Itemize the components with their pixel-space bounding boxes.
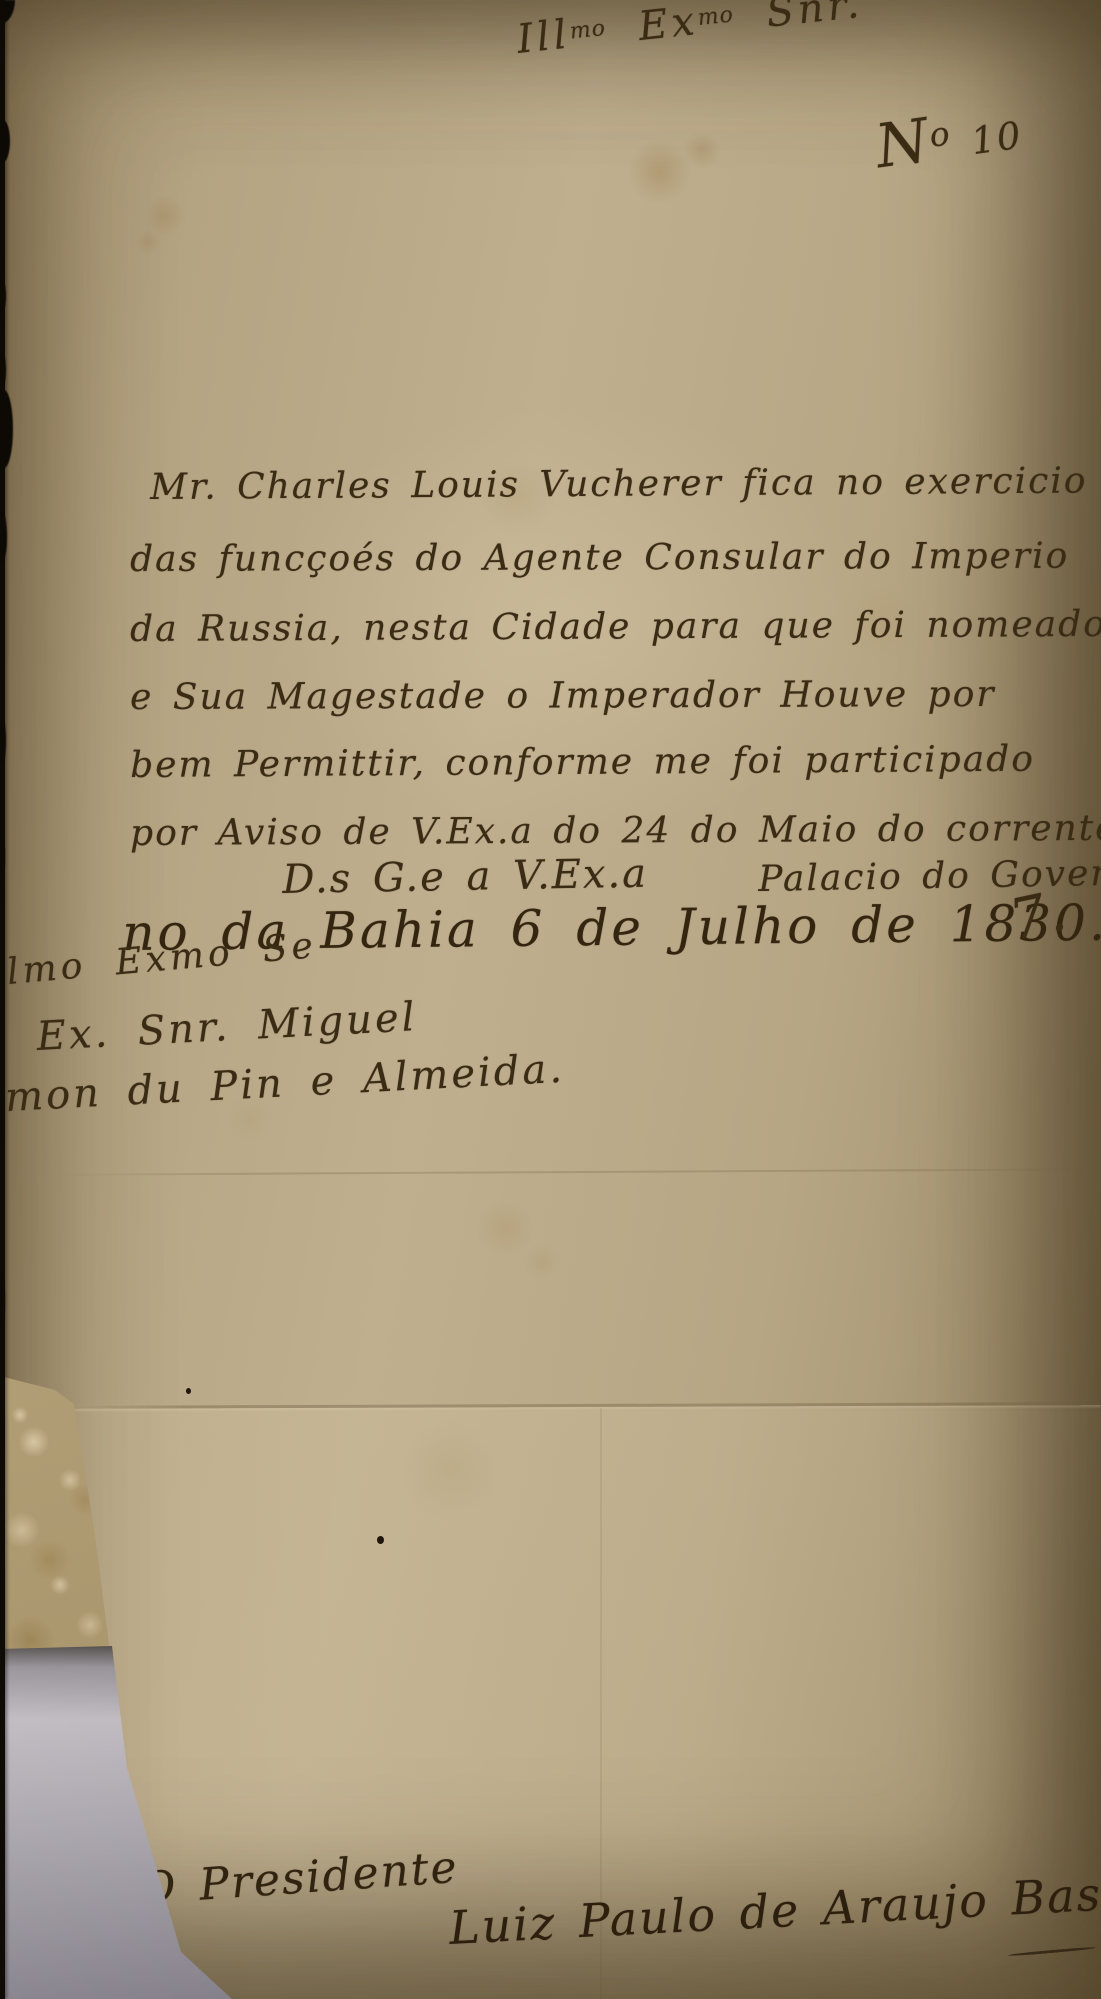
manuscript-page xyxy=(0,0,1101,1999)
body-line-3: da Russia, nesta Cidade para que foi nom… xyxy=(130,607,1101,648)
salutation-part: Ill xyxy=(515,11,573,62)
manuscript-photo: Illmo Exmo Snr. No 10 Mr. Charles Louis … xyxy=(0,0,1101,1999)
salutation-superscript: mo xyxy=(569,16,608,45)
number-value: 10 xyxy=(949,112,1026,165)
body-line-6: por Aviso de V.Ex.a do 24 do Maio do cor… xyxy=(130,811,1101,852)
salutation-superscript: mo xyxy=(697,2,736,31)
deus-guarde-formula: D.s G.e a V.Ex.a xyxy=(282,854,648,900)
number-superscript: o xyxy=(927,113,953,155)
body-line-2: das funcçoés do Agente Consular do Imper… xyxy=(130,539,1069,578)
ink-blot xyxy=(186,1388,191,1394)
body-line-4: e Sua Magestade o Imperador Houve por xyxy=(130,677,996,716)
ink-blot xyxy=(377,1536,384,1544)
rubric-flourish: 7. xyxy=(1005,883,1073,950)
body-line-5: bem Permittir, conforme me foi participa… xyxy=(130,742,1035,784)
number-letter: N xyxy=(871,105,935,182)
body-line-1: Mr. Charles Louis Vucherer fica no exerc… xyxy=(150,463,1088,506)
